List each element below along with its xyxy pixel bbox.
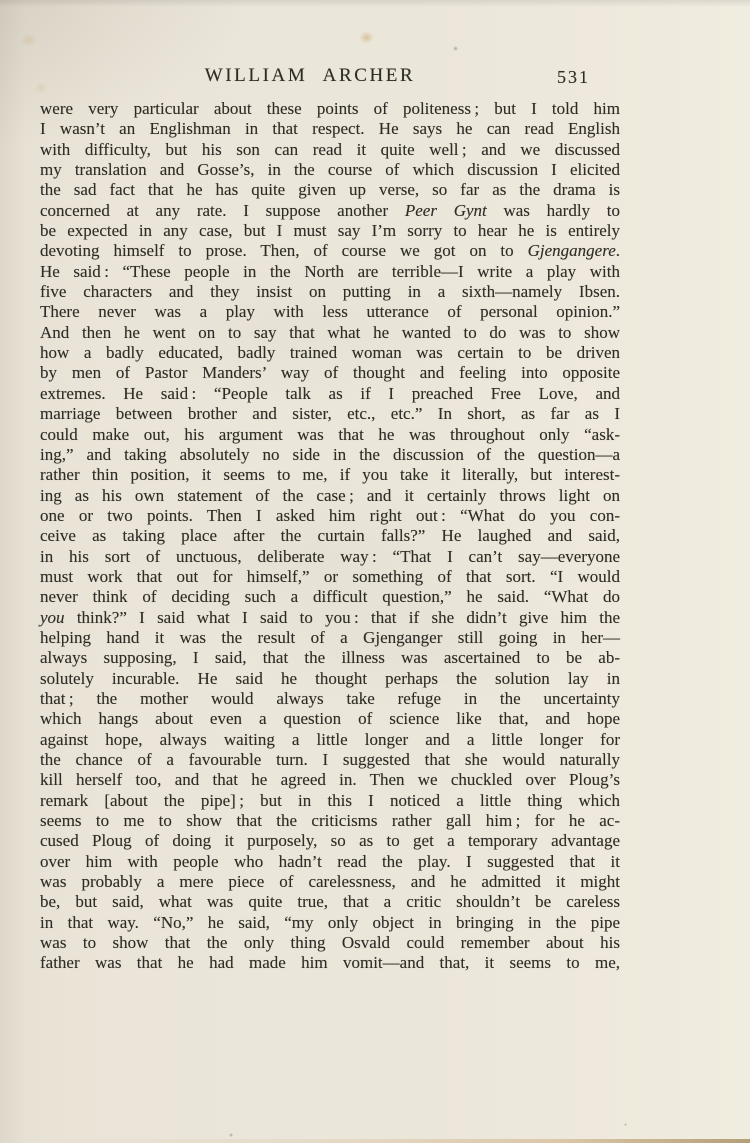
- text-line: be, but said, what was quite true, that …: [40, 892, 620, 912]
- text-line: the chance of a favourable turn. I sugge…: [40, 750, 620, 770]
- text-line: be expected in any case, but I must say …: [40, 221, 620, 241]
- text-line: must work that out for himself,” or some…: [40, 567, 620, 587]
- text-line: was to show that the only thing Osvald c…: [40, 933, 620, 953]
- text-line: rather thin position, it seems to me, if…: [40, 465, 620, 485]
- page-number: 531: [557, 67, 590, 88]
- paper-stain: [359, 31, 374, 44]
- text-line: in that way. “No,” he said, “my only obj…: [40, 913, 620, 933]
- text-line: solutely incurable. He said he thought p…: [40, 669, 620, 689]
- text-line: in his sort of unctuous, deliberate way …: [40, 547, 620, 567]
- text-line: seems to me to show that the criticisms …: [40, 811, 620, 831]
- text-line: helping hand it was the result of a Gjen…: [40, 628, 620, 648]
- text-line: against hope, always waiting a little lo…: [40, 730, 620, 750]
- text-line: by men of Pastor Manders’ way of thought…: [40, 363, 620, 383]
- text-line: with difficulty, but his son can read it…: [40, 140, 620, 160]
- paper-stain: [20, 33, 38, 47]
- running-head: WILLIAM ARCHER: [205, 65, 416, 87]
- text-line: were very particular about these points …: [40, 99, 620, 119]
- text-line: one or two points. Then I asked him righ…: [40, 506, 620, 526]
- page-bottom-edge: [0, 1139, 750, 1143]
- text-line: five characters and they insist on putti…: [40, 282, 620, 302]
- text-line: marriage between brother and sister, etc…: [40, 404, 620, 424]
- paper-speck: [229, 1133, 233, 1137]
- text-line: remark [about the pipe] ; but in this I …: [40, 791, 620, 811]
- text-line: I wasn’t an Englishman in that respect. …: [40, 119, 620, 139]
- text-line: cused Ploug of doing it purposely, so as…: [40, 831, 620, 851]
- page-header: WILLIAM ARCHER 531: [40, 65, 620, 91]
- text-line: And then he went on to say that what he …: [40, 323, 620, 343]
- paper-speck: [624, 1123, 627, 1126]
- text-line: He said : “These people in the North are…: [40, 262, 620, 282]
- text-line: ceive as taking place after the curtain …: [40, 526, 620, 546]
- text-line: always supposing, I said, that the illne…: [40, 648, 620, 668]
- text-line: how a badly educated, badly trained woma…: [40, 343, 620, 363]
- text-line: concerned at any rate. I suppose another…: [40, 201, 620, 221]
- text-line: ing,” and taking absolutely no side in t…: [40, 445, 620, 465]
- book-page: WILLIAM ARCHER 531 were very particular …: [0, 0, 750, 1143]
- text-line: kill herself too, and that he agreed in.…: [40, 770, 620, 790]
- text-line: could make out, his argument was that he…: [40, 425, 620, 445]
- text-line: devoting himself to prose. Then, of cour…: [40, 241, 620, 261]
- text-line: There never was a play with less utteran…: [40, 302, 620, 322]
- text-line: that ; the mother would always take refu…: [40, 689, 620, 709]
- text-line: was probably a mere piece of carelessnes…: [40, 872, 620, 892]
- text-line: my translation and Gosse’s, in the cours…: [40, 160, 620, 180]
- text-line: ing as his own statement of the case ; a…: [40, 486, 620, 506]
- paper-speck: [453, 46, 458, 51]
- text-line: father was that he had made him vomit—an…: [40, 953, 620, 973]
- text-line: over him with people who hadn’t read the…: [40, 852, 620, 872]
- text-line: extremes. He said : “People talk as if I…: [40, 384, 620, 404]
- text-line: which hangs about even a question of sci…: [40, 709, 620, 729]
- page-text: were very particular about these points …: [40, 99, 620, 974]
- text-line: the sad fact that he has quite given up …: [40, 180, 620, 200]
- text-line: never think of deciding such a difficult…: [40, 587, 620, 607]
- text-line: you think?” I said what I said to you : …: [40, 608, 620, 628]
